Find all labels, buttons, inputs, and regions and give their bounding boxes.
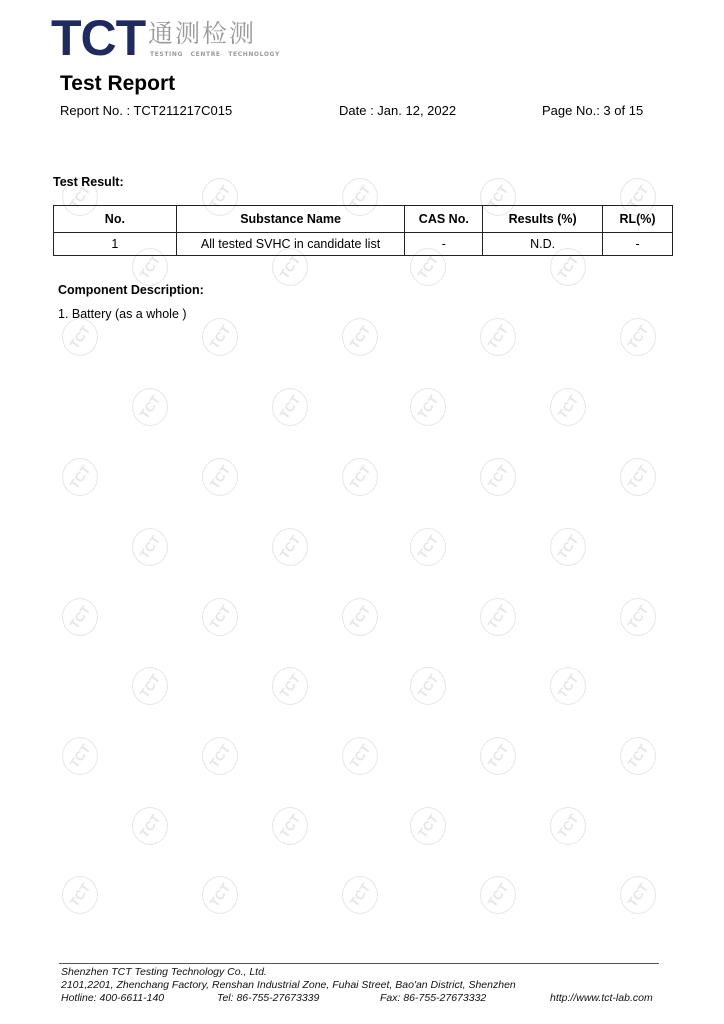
tct-seal-watermark-icon: TCT <box>62 318 98 356</box>
tct-seal-watermark-icon: TCT <box>272 388 308 426</box>
column-header-rl: RL(%) <box>603 206 673 233</box>
footer-tel: Tel: 86-755-27673339 <box>217 992 319 1005</box>
tct-seal-watermark-icon: TCT <box>132 528 168 566</box>
footer-divider <box>59 963 659 964</box>
tct-seal-watermark-icon: TCT <box>132 388 168 426</box>
tct-seal-watermark-icon: TCT <box>550 388 586 426</box>
logo-brand: TCT <box>51 12 145 64</box>
page-number: Page No.: 3 of 15 <box>542 103 643 119</box>
tct-seal-watermark-icon: TCT <box>342 876 378 914</box>
footer-company: Shenzhen TCT Testing Technology Co., Ltd… <box>61 966 267 979</box>
tct-seal-watermark-icon: TCT <box>272 528 308 566</box>
cell-rl: - <box>603 233 673 256</box>
tct-seal-watermark-icon: TCT <box>62 737 98 775</box>
tct-seal-watermark-icon: TCT <box>342 737 378 775</box>
tct-seal-watermark-icon: TCT <box>62 458 98 496</box>
tct-seal-watermark-icon: TCT <box>202 458 238 496</box>
footer-website-link[interactable]: http://www.tct-lab.com <box>550 992 653 1005</box>
tct-seal-watermark-icon: TCT <box>410 807 446 845</box>
table-row: 1 All tested SVHC in candidate list - N.… <box>54 233 673 256</box>
component-description-label: Component Description: <box>58 282 204 298</box>
tct-seal-watermark-icon: TCT <box>62 598 98 636</box>
tct-seal-watermark-icon: TCT <box>480 598 516 636</box>
test-result-table: No. Substance Name CAS No. Results (%) R… <box>53 205 673 256</box>
tct-seal-watermark-icon: TCT <box>480 876 516 914</box>
tct-seal-watermark-icon: TCT <box>132 667 168 705</box>
tct-seal-watermark-icon: TCT <box>550 807 586 845</box>
tct-seal-watermark-icon: TCT <box>620 876 656 914</box>
tct-seal-watermark-icon: TCT <box>272 807 308 845</box>
tct-seal-watermark-icon: TCT <box>202 876 238 914</box>
cell-results: N.D. <box>483 233 603 256</box>
cell-no: 1 <box>54 233 177 256</box>
table-header-row: No. Substance Name CAS No. Results (%) R… <box>54 206 673 233</box>
tct-seal-watermark-icon: TCT <box>620 737 656 775</box>
tct-seal-watermark-icon: TCT <box>342 458 378 496</box>
tct-seal-watermark-icon: TCT <box>342 598 378 636</box>
tct-seal-watermark-icon: TCT <box>480 318 516 356</box>
component-item: 1. Battery (as a whole ) <box>58 306 187 322</box>
report-number: Report No. : TCT211217C015 <box>60 103 232 119</box>
tct-seal-watermark-icon: TCT <box>410 667 446 705</box>
tct-seal-watermark-icon: TCT <box>272 667 308 705</box>
logo-chinese-name: 通测检测 <box>148 19 256 49</box>
tct-seal-watermark-icon: TCT <box>480 458 516 496</box>
column-header-cas-no: CAS No. <box>405 206 483 233</box>
column-header-substance-name: Substance Name <box>176 206 405 233</box>
tct-seal-watermark-icon: TCT <box>132 807 168 845</box>
report-date: Date : Jan. 12, 2022 <box>339 103 456 119</box>
tct-seal-watermark-icon: TCT <box>410 388 446 426</box>
column-header-no: No. <box>54 206 177 233</box>
tct-seal-watermark-icon: TCT <box>550 528 586 566</box>
tct-seal-watermark-icon: TCT <box>342 318 378 356</box>
logo-tagline: TESTING CENTRE TECHNOLOGY <box>150 51 280 58</box>
footer-address: 2101,2201, Zhenchang Factory, Renshan In… <box>61 979 516 992</box>
tct-seal-watermark-icon: TCT <box>620 598 656 636</box>
tct-seal-watermark-icon: TCT <box>202 318 238 356</box>
tct-seal-watermark-icon: TCT <box>550 667 586 705</box>
column-header-results: Results (%) <box>483 206 603 233</box>
footer-fax: Fax: 86-755-27673332 <box>380 992 486 1005</box>
page-title: Test Report <box>60 71 175 97</box>
watermark-layer: TCTTCTTCTTCTTCTTCTTCTTCTTCTTCTTCTTCTTCTT… <box>0 0 724 1024</box>
test-result-label: Test Result: <box>53 174 124 190</box>
tct-seal-watermark-icon: TCT <box>202 598 238 636</box>
tct-seal-watermark-icon: TCT <box>620 318 656 356</box>
tct-seal-watermark-icon: TCT <box>620 458 656 496</box>
tct-seal-watermark-icon: TCT <box>480 737 516 775</box>
tct-seal-watermark-icon: TCT <box>62 876 98 914</box>
footer-hotline: Hotline: 400-6611-140 <box>61 992 164 1005</box>
cell-substance-name: All tested SVHC in candidate list <box>176 233 405 256</box>
tct-seal-watermark-icon: TCT <box>410 528 446 566</box>
cell-cas-no: - <box>405 233 483 256</box>
tct-seal-watermark-icon: TCT <box>202 737 238 775</box>
